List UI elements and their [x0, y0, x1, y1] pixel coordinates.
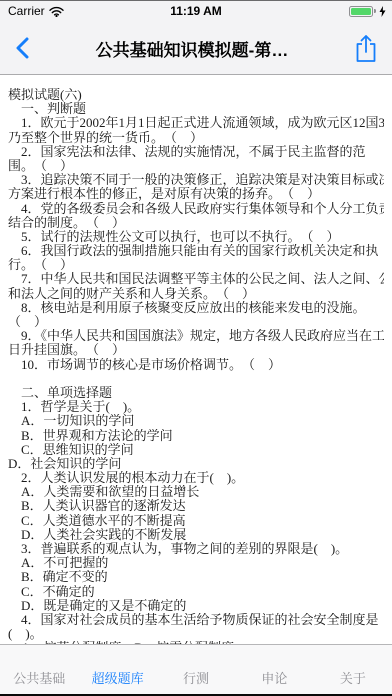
text-line: 围。 （ ） [8, 159, 384, 173]
text-line: 1．哲学是关于( )。 [8, 400, 384, 414]
text-line: 二、单项选择题 [8, 386, 384, 400]
text-line: 10．市场调节的核心是市场价格调节。 （ ） [8, 358, 384, 372]
tab-item[interactable]: 申论 [235, 645, 313, 694]
text-line: D．人类社会实践的不断发展 [8, 528, 384, 542]
status-time: 11:19 AM [0, 0, 392, 22]
page-title: 公共基础知识模拟题-第… [44, 36, 340, 61]
text-line: 方案进行根本性的修正，是对原有决策的扬弃。 （ ） [8, 187, 384, 201]
charging-bolt-icon [379, 6, 386, 17]
text-line: 和法人之间的财产关系和人身关系。 （ ） [8, 287, 384, 301]
text-line: C．不确定的 [8, 585, 384, 599]
battery-nub [374, 9, 376, 13]
tab-item[interactable]: 公共基础 [0, 645, 78, 694]
document-content[interactable]: 模拟试题(六) 一、判断题 1．欧元于2002年1月1日起正式进人流通领域，成为… [0, 75, 392, 644]
battery-charging-icon [349, 6, 373, 17]
text-line: A．不可把握的 [8, 556, 384, 570]
text-line: 1．欧元于2002年1月1日起正式进人流通领域，成为欧元区12国3亿人 [8, 116, 384, 130]
tab-label: 公共基础 [13, 668, 65, 687]
text-line: 9．《中华人民共和国国旗法》规定，地方各级人民政府应当在工作 [8, 329, 384, 343]
text-line: 7．中华人民共和国民法调整平等主体的公民之间、法人之间、公民 [8, 272, 384, 286]
back-button[interactable] [0, 22, 44, 74]
text-line: B．人类认识器官的逐渐发达 [8, 499, 384, 513]
text-line: 2．人类认识发展的根本动力在于( )。 [8, 471, 384, 485]
text-line: 2．国家宪法和法律、法规的实施情况，不属于民主监督的范 [8, 145, 384, 159]
tab-label: 行测 [183, 668, 209, 687]
share-button[interactable] [340, 22, 392, 74]
chevron-left-icon [16, 37, 29, 59]
text-line: C．思维知识的学问 [8, 443, 384, 457]
tab-item[interactable]: 关于 [314, 645, 392, 694]
tab-item[interactable]: 超级题库 [78, 645, 156, 694]
text-line: B．世界观和方法论的学问 [8, 429, 384, 443]
status-right [349, 0, 386, 22]
tab-bar: 公共基础 超级题库 行测 申论 关于 [0, 644, 392, 694]
text-line: 日升挂国旗。 （ ） [8, 343, 384, 357]
text-line: 模拟试题(六) [8, 88, 384, 102]
text-line: A．一切知识的学问 [8, 414, 384, 428]
text-line: 5．试行的法规性公文可以执行，也可以不执行。 （ ） [8, 230, 384, 244]
tab-label: 超级题库 [92, 668, 144, 687]
text-line [8, 372, 384, 386]
text-line: 6．我国行政法的强制措施只能由有关的国家行政机关决定和执 [8, 244, 384, 258]
text-line: A．人类需要和欲望的日益增长 [8, 485, 384, 499]
tab-item[interactable]: 行测 [157, 645, 235, 694]
text-line: D．社会知识的学问 [8, 457, 384, 471]
text-line: 4．国家对社会成员的基本生活给予物质保证的社会安全制度是 [8, 613, 384, 627]
text-line: C．人类道德水平的不断提高 [8, 514, 384, 528]
nav-bar: 公共基础知识模拟题-第… [0, 22, 392, 75]
status-bar: Carrier 11:19 AM [0, 0, 392, 22]
text-line: D．既是确定的又是不确定的 [8, 599, 384, 613]
text-line: （ ） [8, 315, 384, 329]
text-line: 8．核电站是利用原子核聚变反应放出的核能来发电的没施。 [8, 301, 384, 315]
text-line: B．确定不变的 [8, 570, 384, 584]
text-line: 乃至整个世界的统一货币。 （ ） [8, 131, 384, 145]
text-line: 一、判断题 [8, 102, 384, 116]
text-line: 结合的制度。 （ ） [8, 216, 384, 230]
tab-label: 关于 [340, 668, 366, 687]
app-screen: Carrier 11:19 AM 公共基础知识模拟题-第… [0, 0, 392, 696]
text-line: 行。 （ ） [8, 258, 384, 272]
text-line: 4．党的各级委员会和各级人民政府实行集体领导和个人分工负责相 [8, 202, 384, 216]
text-line: ( )。 [8, 627, 384, 641]
share-icon [354, 34, 378, 63]
tab-label: 申论 [261, 668, 287, 687]
screen-top-edge [0, 0, 392, 1]
text-line: 3．普遍联系的观点认为，事物之间的差别的界限是( )。 [8, 542, 384, 556]
text-line: 3．追踪决策不同于一般的决策修正，追踪决策是对决策目标或决策 [8, 173, 384, 187]
